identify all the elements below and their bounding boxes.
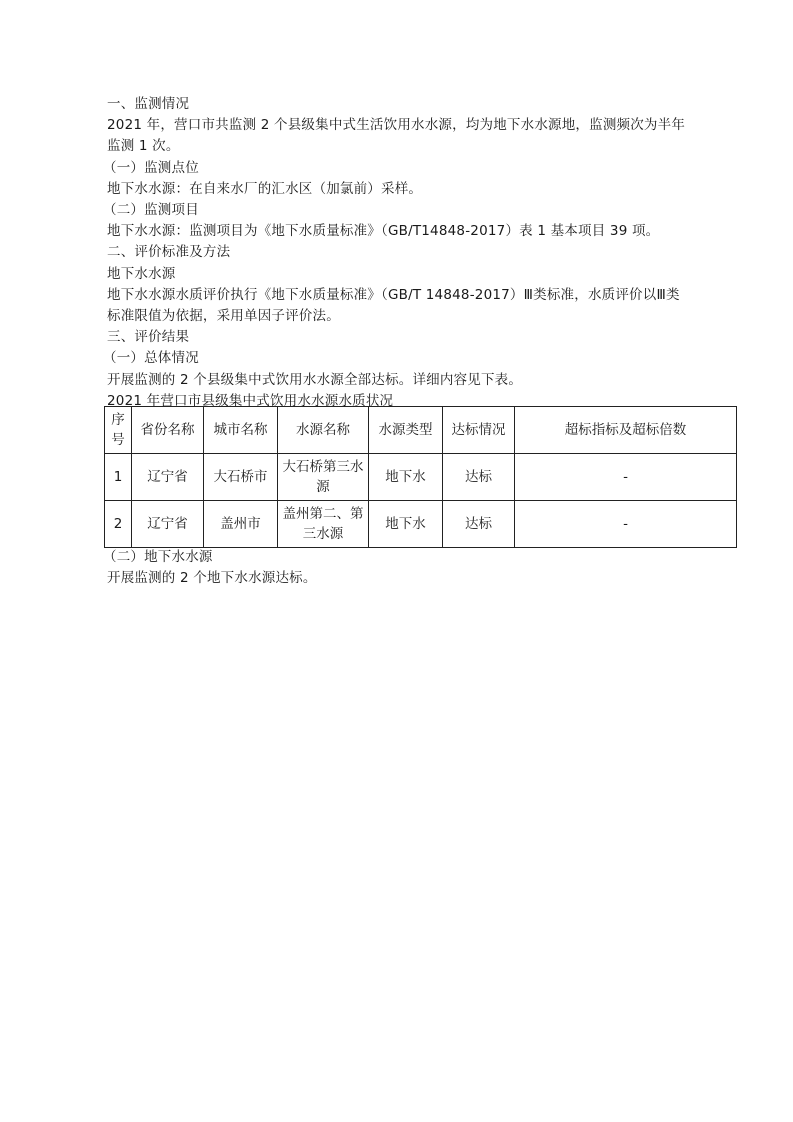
cell-source-name: 盖州第二、第三水源 [278, 501, 369, 548]
cell-source-type: 地下水 [369, 454, 443, 501]
header-exceedance: 超标指标及超标倍数 [515, 407, 737, 454]
document-body: 一、监测情况 2021 年，营口市共监测 2 个县级集中式生活饮用水水源，均为地… [107, 94, 747, 412]
cell-index: 2 [105, 501, 132, 548]
heading-monitoring: 一、监测情况 [107, 94, 747, 115]
header-source-name: 水源名称 [278, 407, 369, 454]
paragraph-text: 标准限值为依据，采用单因子评价法。 [107, 306, 747, 327]
subheading-groundwater: 地下水水源 [107, 264, 747, 285]
header-city: 城市名称 [204, 407, 278, 454]
table-row: 2 辽宁省 盖州市 盖州第二、第三水源 地下水 达标 - [105, 501, 737, 548]
cell-province: 辽宁省 [132, 501, 204, 548]
header-compliance: 达标情况 [443, 407, 515, 454]
paragraph-text: 监测 1 次。 [107, 136, 747, 157]
cell-exceedance: - [515, 454, 737, 501]
cell-province: 辽宁省 [132, 454, 204, 501]
subheading-groundwater-sources: （二）地下水水源 [103, 547, 747, 568]
water-quality-table: 序号 省份名称 城市名称 水源名称 水源类型 达标情况 超标指标及超标倍数 1 … [104, 406, 737, 548]
document-body-after-table: （二）地下水水源 开展监测的 2 个地下水水源达标。 [107, 547, 747, 589]
table-header-row: 序号 省份名称 城市名称 水源名称 水源类型 达标情况 超标指标及超标倍数 [105, 407, 737, 454]
header-source-type: 水源类型 [369, 407, 443, 454]
cell-source-name: 大石桥第三水源 [278, 454, 369, 501]
subheading-monitoring-points: （一）监测点位 [103, 158, 747, 179]
paragraph-text: 地下水水源：监测项目为《地下水质量标准》（GB/T14848-2017）表 1 … [107, 221, 747, 242]
cell-source-type: 地下水 [369, 501, 443, 548]
header-province: 省份名称 [132, 407, 204, 454]
cell-compliance: 达标 [443, 501, 515, 548]
paragraph-text: 地下水水源水质评价执行《地下水质量标准》（GB/T 14848-2017）Ⅲ类标… [107, 285, 747, 306]
cell-exceedance: - [515, 501, 737, 548]
subheading-monitoring-items: （二）监测项目 [103, 200, 747, 221]
paragraph-text: 2021 年，营口市共监测 2 个县级集中式生活饮用水水源，均为地下水水源地，监… [107, 115, 747, 136]
paragraph-text: 地下水水源：在自来水厂的汇水区（加氯前）采样。 [107, 179, 747, 200]
cell-city: 盖州市 [204, 501, 278, 548]
subheading-overall: （一）总体情况 [103, 348, 747, 369]
table-row: 1 辽宁省 大石桥市 大石桥第三水源 地下水 达标 - [105, 454, 737, 501]
header-index: 序号 [105, 407, 132, 454]
cell-compliance: 达标 [443, 454, 515, 501]
cell-index: 1 [105, 454, 132, 501]
heading-evaluation-standard: 二、评价标准及方法 [107, 242, 747, 263]
paragraph-text: 开展监测的 2 个县级集中式饮用水水源全部达标。详细内容见下表。 [107, 370, 747, 391]
paragraph-text: 开展监测的 2 个地下水水源达标。 [107, 568, 747, 589]
cell-city: 大石桥市 [204, 454, 278, 501]
heading-evaluation-results: 三、评价结果 [107, 327, 747, 348]
